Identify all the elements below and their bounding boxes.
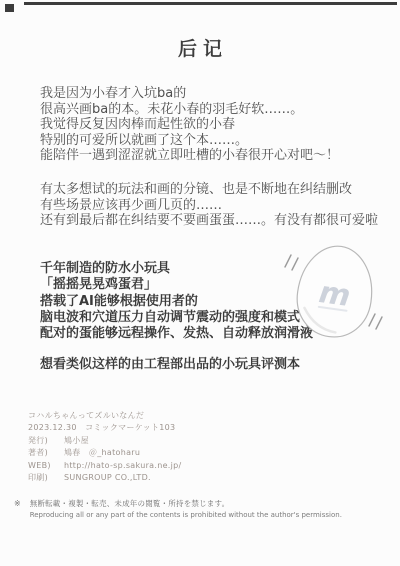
note-asterisk-mark: ※ bbox=[14, 499, 21, 509]
colophon-row-printer: 印刷) SUNGROUP CO.,LTD. bbox=[28, 472, 182, 484]
paragraph-line: 脑电波和穴道压力自动调节震动的强度和模式 bbox=[40, 310, 313, 326]
paragraph-line: 搭载了AI能够根据使用者的 bbox=[40, 294, 313, 310]
colophon-value: 鳩春 ＠_hatoharu bbox=[64, 447, 140, 459]
colophon-label: WEB) bbox=[28, 460, 64, 472]
paragraph-line: 有太多想试的玩法和画的分镜、也是不断地在纠结删改 bbox=[40, 182, 378, 198]
closing-line-paragraph: 想看类似这样的由工程部出品的小玩具评测本 bbox=[40, 357, 300, 373]
colophon-value: SUNGROUP CO.,LTD. bbox=[64, 472, 151, 484]
intro-paragraph: 我是因为小春才入坑ba的 很高兴画ba的本。未花小春的羽毛好软……。 我觉得反复… bbox=[40, 86, 339, 164]
afterword-page: 后记 我是因为小春才入坑ba的 很高兴画ba的本。未花小春的羽毛好软……。 我觉… bbox=[0, 0, 400, 566]
paragraph-line: 有些场景应该再少画几页的…… bbox=[40, 198, 378, 214]
copyright-text: 無断転載・複製・転売、未成年の閲覧・所持を禁じます。 Reproducing a… bbox=[30, 499, 342, 520]
colophon-event-date: 2023.12.30 コミックマーケット103 bbox=[28, 422, 182, 434]
colophon-value: 鳩小屋 bbox=[64, 435, 89, 447]
copyright-footer: ※ 無断転載・複製・転売、未成年の閲覧・所持を禁じます。 Reproducing… bbox=[14, 499, 394, 520]
colophon-row-publisher: 発行) 鳩小屋 bbox=[28, 435, 182, 447]
page-title: 后记 bbox=[0, 34, 400, 61]
paragraph-line: 还有到最后都在纠结要不要画蛋蛋……。有没有都很可爱啦 bbox=[40, 213, 378, 229]
colophon-label: 著者) bbox=[28, 447, 64, 459]
paragraph-line: 我觉得反复因肉棒而起性欲的小春 bbox=[40, 117, 339, 133]
egg-illustration-svg: m bbox=[278, 240, 393, 345]
colophon-book-title: コハルちゃんってズルいなんだ bbox=[28, 410, 182, 422]
colophon-row-web: WEB) http://hato-sp.sakura.ne.jp/ bbox=[28, 460, 182, 472]
toy-description-paragraph: 千年制造的防水小玩具 「摇摇晃晃鸡蛋君」 搭载了AI能够根据使用者的 脑电波和穴… bbox=[40, 261, 313, 342]
reflection-paragraph: 有太多想试的玩法和画的分镜、也是不断地在纠结删改 有些场景应该再少画几页的…… … bbox=[40, 182, 378, 229]
paragraph-line: 配对的蛋能够远程操作、发热、自动释放润滑液 bbox=[40, 326, 313, 342]
egg-shape: m bbox=[292, 241, 378, 341]
paragraph-line: 「摇摇晃晃鸡蛋君」 bbox=[40, 277, 313, 293]
colophon-label: 発行) bbox=[28, 435, 64, 447]
top-rule-divider bbox=[24, 2, 397, 5]
paragraph-line: 我是因为小春才入坑ba的 bbox=[40, 86, 339, 102]
paragraph-line: 特别的可爱所以就画了这个本……。 bbox=[40, 133, 339, 149]
paragraph-line: 千年制造的防水小玩具 bbox=[40, 261, 313, 277]
copyright-line-en: Reproducing all or any part of the conte… bbox=[30, 510, 342, 521]
copyright-line-jp: 無断転載・複製・転売、未成年の閲覧・所持を禁じます。 bbox=[30, 499, 342, 510]
scan-edge-mark bbox=[5, 4, 14, 12]
colophon-row-author: 著者) 鳩春 ＠_hatoharu bbox=[28, 447, 182, 459]
paragraph-line: 能陪伴一遇到涩涩就立即吐槽的小春很开心对吧～！ bbox=[40, 148, 339, 164]
colophon-url: http://hato-sp.sakura.ne.jp/ bbox=[64, 460, 182, 472]
colophon-block: コハルちゃんってズルいなんだ 2023.12.30 コミックマーケット103 発… bbox=[28, 410, 182, 484]
colophon-label: 印刷) bbox=[28, 472, 64, 484]
paragraph-line: 想看类似这样的由工程部出品的小玩具评测本 bbox=[40, 357, 300, 373]
paragraph-line: 很高兴画ba的本。未花小春的羽毛好软……。 bbox=[40, 102, 339, 118]
egg-toy-illustration: m bbox=[278, 240, 393, 345]
